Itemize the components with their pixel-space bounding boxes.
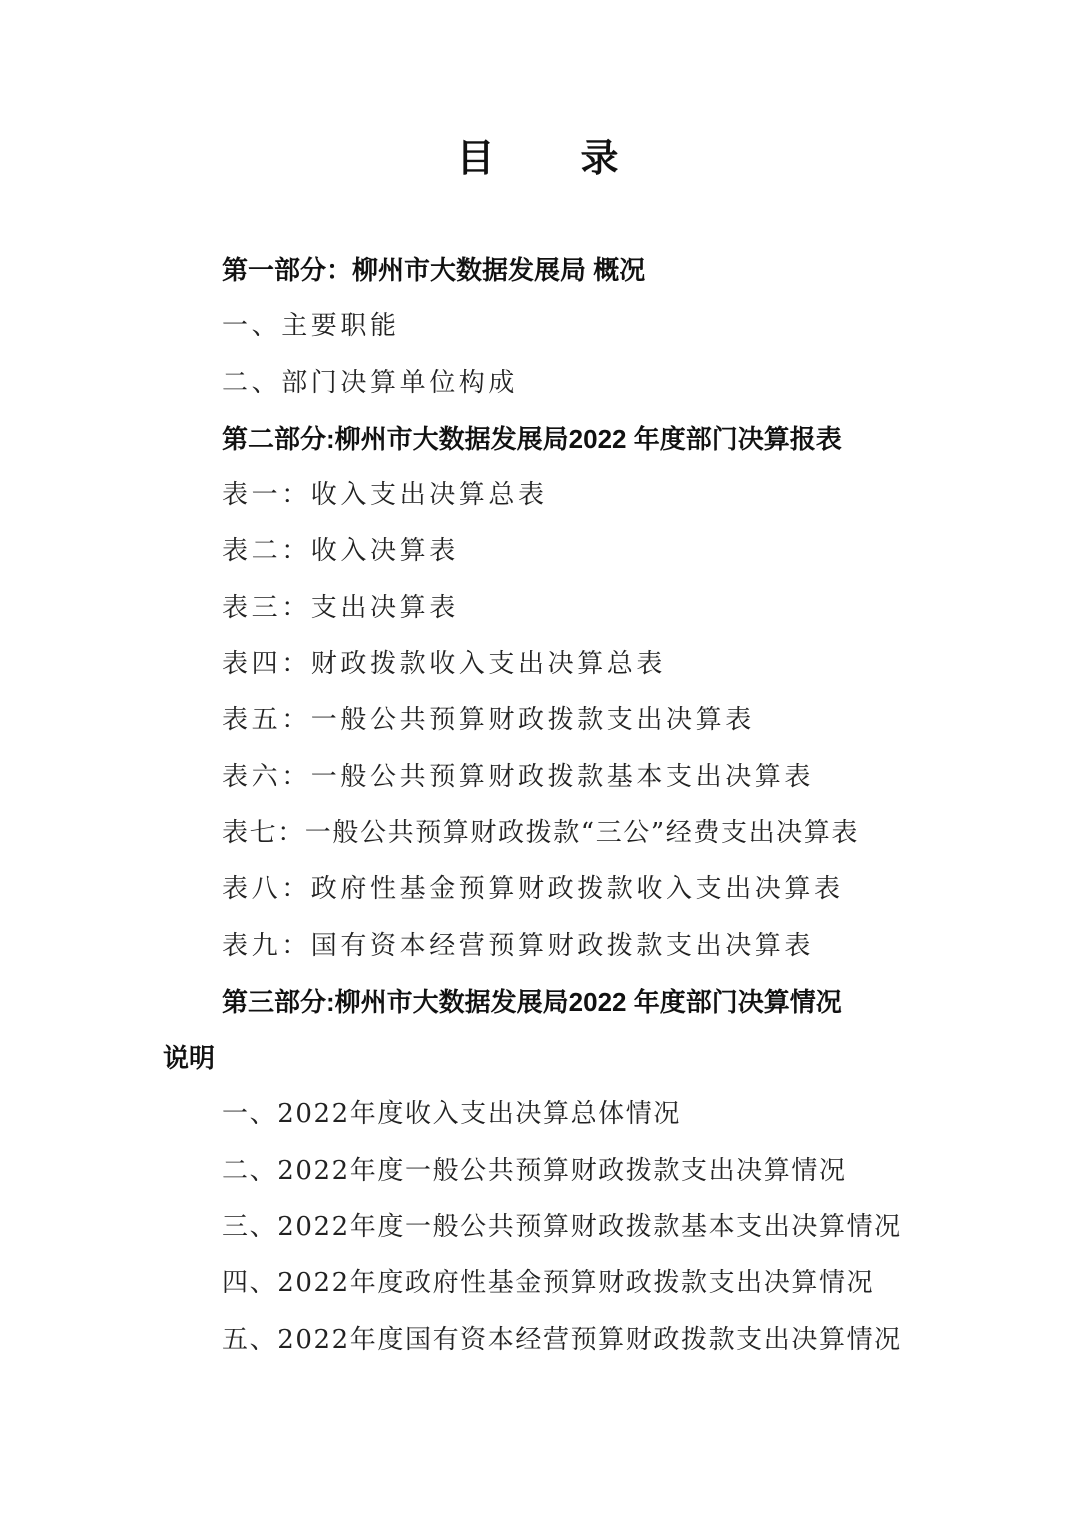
toc-item-explanation-2: 二、2022年度一般公共预算财政拨款支出决算情况 <box>163 1151 923 1207</box>
toc-part-2-heading: 第二部分:柳州市大数据发展局2022 年度部门决算报表 <box>163 419 923 475</box>
toc-item-table-3: 表三：支出决算表 <box>163 588 923 644</box>
title-char-1: 目 <box>456 134 494 182</box>
toc-part-3-heading: 第三部分:柳州市大数据发展局2022 年度部门决算情况 <box>163 982 923 1038</box>
title-char-2: 录 <box>581 134 619 182</box>
toc-item-table-6: 表六：一般公共预算财政拨款基本支出决算表 <box>163 757 923 813</box>
document-page: 目录 第一部分：柳州市大数据发展局 概况 一、主要职能 二、部门决算单位构成 第… <box>0 0 1075 1520</box>
page-title: 目录 <box>0 134 1075 182</box>
toc-item-table-8: 表八：政府性基金预算财政拨款收入支出决算表 <box>163 869 923 925</box>
toc-item-explanation-4: 四、2022年度政府性基金预算财政拨款支出决算情况 <box>163 1263 923 1319</box>
toc-item-unit-composition: 二、部门决算单位构成 <box>163 363 923 419</box>
toc-part-3-heading-continued: 说明 <box>163 1038 923 1094</box>
toc-item-table-1: 表一：收入支出决算总表 <box>163 475 923 531</box>
toc-item-table-2: 表二：收入决算表 <box>163 531 923 587</box>
toc-item-main-functions: 一、主要职能 <box>163 306 923 362</box>
toc-part-1-heading: 第一部分：柳州市大数据发展局 概况 <box>163 250 923 306</box>
table-of-contents: 第一部分：柳州市大数据发展局 概况 一、主要职能 二、部门决算单位构成 第二部分… <box>163 250 923 1376</box>
toc-item-table-4: 表四：财政拨款收入支出决算总表 <box>163 644 923 700</box>
toc-item-table-7: 表七：一般公共预算财政拨款“三公”经费支出决算表 <box>163 813 923 869</box>
toc-item-explanation-5: 五、2022年度国有资本经营预算财政拨款支出决算情况 <box>163 1320 923 1376</box>
toc-item-table-9: 表九：国有资本经营预算财政拨款支出决算表 <box>163 926 923 982</box>
toc-item-table-5: 表五：一般公共预算财政拨款支出决算表 <box>163 700 923 756</box>
toc-item-explanation-3: 三、2022年度一般公共预算财政拨款基本支出决算情况 <box>163 1207 923 1263</box>
toc-item-explanation-1: 一、2022年度收入支出决算总体情况 <box>163 1094 923 1150</box>
